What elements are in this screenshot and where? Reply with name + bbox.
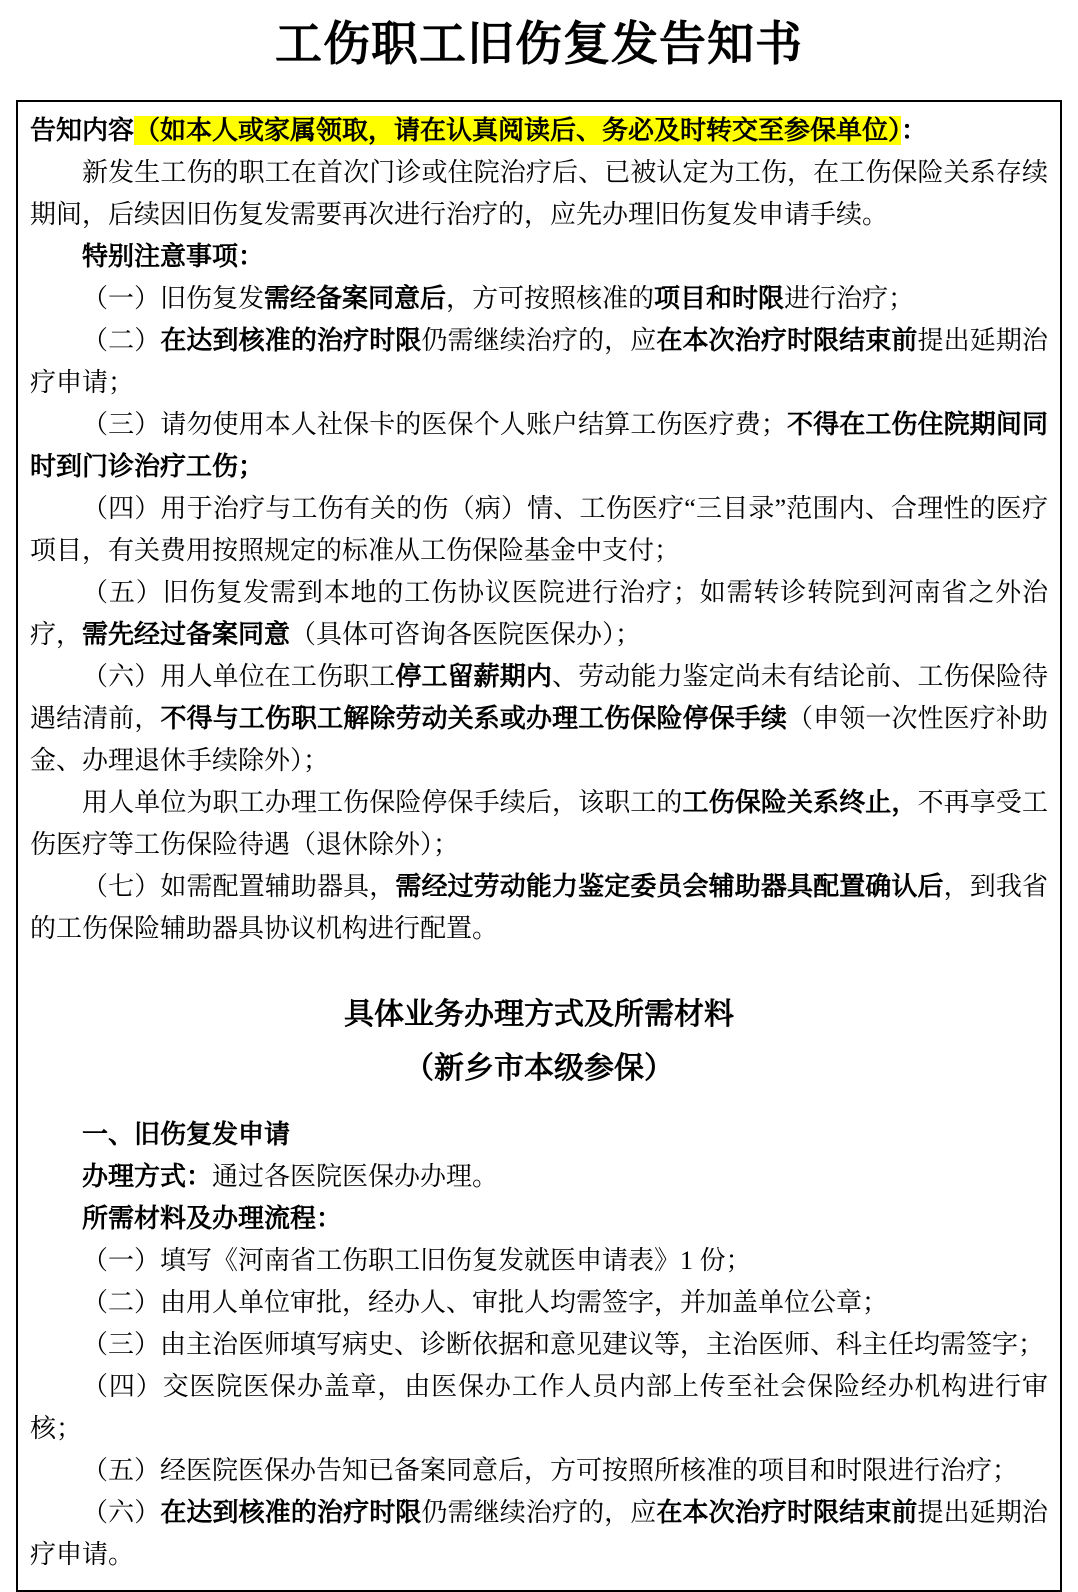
bold-text-run: 所需材料及办理流程： — [82, 1204, 342, 1233]
bold-text-run: 办理方式： — [82, 1162, 212, 1191]
text-run: 进行治疗； — [784, 284, 914, 313]
text-run: （五）经医院医保办告知已备案同意后，方可按照所核准的项目和时限进行治疗； — [82, 1456, 1018, 1485]
step-item-6: （六）在达到核准的治疗时限仍需继续治疗的，应在本次治疗时限结束前提出延期治疗申请… — [30, 1492, 1048, 1576]
bold-text-run: 项目和时限 — [654, 284, 784, 313]
bold-text-run: 不得与工伤职工解除劳动关系或办理工伤保险停保手续 — [161, 704, 788, 733]
bold-text-run: 需经过劳动能力鉴定委员会辅助器具配置确认后 — [395, 872, 943, 901]
bold-text-run: 在本次治疗时限结束前 — [656, 1498, 917, 1527]
note-item-6: （六）用人单位在工伤职工停工留薪期内、劳动能力鉴定尚未有结论前、工伤保险待遇结清… — [30, 656, 1048, 782]
section-title: 具体业务办理方式及所需材料 — [30, 988, 1048, 1042]
text-run: （三）由主治医师填写病史、诊断依据和意见建议等，主治医师、科主任均需签字； — [82, 1330, 1044, 1359]
bold-text-run: 告知内容 — [30, 116, 134, 145]
note-item-5: （五）旧伤复发需到本地的工伤协议医院进行治疗；如需转诊转院到河南省之外治疗，需先… — [30, 572, 1048, 656]
list-title-1: 一、旧伤复发申请 — [30, 1114, 1048, 1156]
materials-heading: 所需材料及办理流程： — [30, 1198, 1048, 1240]
bold-text-run: 具体业务办理方式及所需材料 — [344, 998, 734, 1031]
text-run: （六）用人单位在工伤职工 — [82, 662, 395, 691]
step-item-4: （四）交医院医保办盖章，由医保办工作人员内部上传至社会保险经办机构进行审核； — [30, 1366, 1048, 1450]
text-run: （六） — [82, 1498, 160, 1527]
step-item-3: （三）由主治医师填写病史、诊断依据和意见建议等，主治医师、科主任均需签字； — [30, 1324, 1048, 1366]
notice-content-line: 告知内容（如本人或家属领取，请在认真阅读后、务必及时转交至参保单位）： — [30, 110, 1048, 152]
text-run: 新发生工伤的职工在首次门诊或住院治疗后、已被认定为工伤，在工伤保险关系存续期间，… — [30, 158, 1048, 229]
text-run: ，方可按照核准的 — [446, 284, 654, 313]
note-item-6-continued: 用人单位为职工办理工伤保险停保手续后，该职工的工伤保险关系终止，不再享受工伤医疗… — [30, 782, 1048, 866]
note-item-3: （三）请勿使用本人社保卡的医保个人账户结算工伤医疗费；不得在工伤住院期间同时到门… — [30, 404, 1048, 488]
text-run: （一）旧伤复发 — [82, 284, 264, 313]
text-run: 仍需继续治疗的，应 — [421, 1498, 656, 1527]
text-run: 通过各医院医保办办理。 — [212, 1162, 498, 1191]
notice-box: 告知内容（如本人或家属领取，请在认真阅读后、务必及时转交至参保单位）：新发生工伤… — [16, 100, 1062, 1592]
section-subtitle: （新乡市本级参保） — [30, 1042, 1048, 1096]
note-item-1: （一）旧伤复发需经备案同意后，方可按照核准的项目和时限进行治疗； — [30, 278, 1048, 320]
highlighted-text: （如本人或家属领取，请在认真阅读后、务必及时转交至参保单位） — [134, 116, 901, 145]
text-run: 用人单位为职工办理工伤保险停保手续后，该职工的 — [82, 788, 683, 817]
document-page: 工伤职工旧伤复发告知书 告知内容（如本人或家属领取，请在认真阅读后、务必及时转交… — [0, 0, 1078, 1592]
bold-text-run: 一、旧伤复发申请 — [82, 1120, 290, 1149]
note-item-4: （四）用于治疗与工伤有关的伤（病）情、工伤医疗“三目录”范围内、合理性的医疗项目… — [30, 488, 1048, 572]
text-run: （一）填写《河南省工伤职工旧伤复发就医申请表》1 份； — [82, 1246, 752, 1275]
note-item-7: （七）如需配置辅助器具，需经过劳动能力鉴定委员会辅助器具配置确认后，到我省的工伤… — [30, 866, 1048, 950]
document-title: 工伤职工旧伤复发告知书 — [0, 14, 1078, 76]
text-run: （四）用于治疗与工伤有关的伤（病）情、工伤医疗“三目录”范围内、合理性的医疗项目… — [30, 494, 1048, 565]
special-notes-heading: 特别注意事项： — [30, 236, 1048, 278]
bold-text-run: 在本次治疗时限结束前 — [656, 326, 917, 355]
bold-text-run: （新乡市本级参保） — [404, 1052, 674, 1085]
text-run: （二） — [82, 326, 160, 355]
step-item-2: （二）由用人单位审批，经办人、审批人均需签字，并加盖单位公章； — [30, 1282, 1048, 1324]
note-item-2: （二）在达到核准的治疗时限仍需继续治疗的，应在本次治疗时限结束前提出延期治疗申请… — [30, 320, 1048, 404]
text-run: 仍需继续治疗的，应 — [421, 326, 656, 355]
bold-text-run: 需先经过备案同意 — [82, 620, 290, 649]
bold-text-run: 特别注意事项： — [82, 242, 264, 271]
bold-text-run: 工伤保险关系终止， — [683, 788, 918, 817]
bold-text-run: 停工留薪期内 — [395, 662, 552, 691]
intro-paragraph: 新发生工伤的职工在首次门诊或住院治疗后、已被认定为工伤，在工伤保险关系存续期间，… — [30, 152, 1048, 236]
step-item-1: （一）填写《河南省工伤职工旧伤复发就医申请表》1 份； — [30, 1240, 1048, 1282]
bold-text-run: ： — [901, 116, 927, 145]
text-run: （七）如需配置辅助器具， — [82, 872, 395, 901]
text-run: （二）由用人单位审批，经办人、审批人均需签字，并加盖单位公章； — [82, 1288, 888, 1317]
bold-text-run: 在达到核准的治疗时限 — [160, 326, 421, 355]
bold-text-run: 在达到核准的治疗时限 — [160, 1498, 421, 1527]
step-item-5: （五）经医院医保办告知已备案同意后，方可按照所核准的项目和时限进行治疗； — [30, 1450, 1048, 1492]
text-run: （具体可咨询各医院医保办）； — [290, 620, 641, 649]
handling-method-line: 办理方式：通过各医院医保办办理。 — [30, 1156, 1048, 1198]
text-run: （三）请勿使用本人社保卡的医保个人账户结算工伤医疗费； — [82, 410, 787, 439]
text-run: （四）交医院医保办盖章，由医保办工作人员内部上传至社会保险经办机构进行审核； — [30, 1372, 1048, 1443]
bold-text-run: 需经备案同意后 — [264, 284, 446, 313]
